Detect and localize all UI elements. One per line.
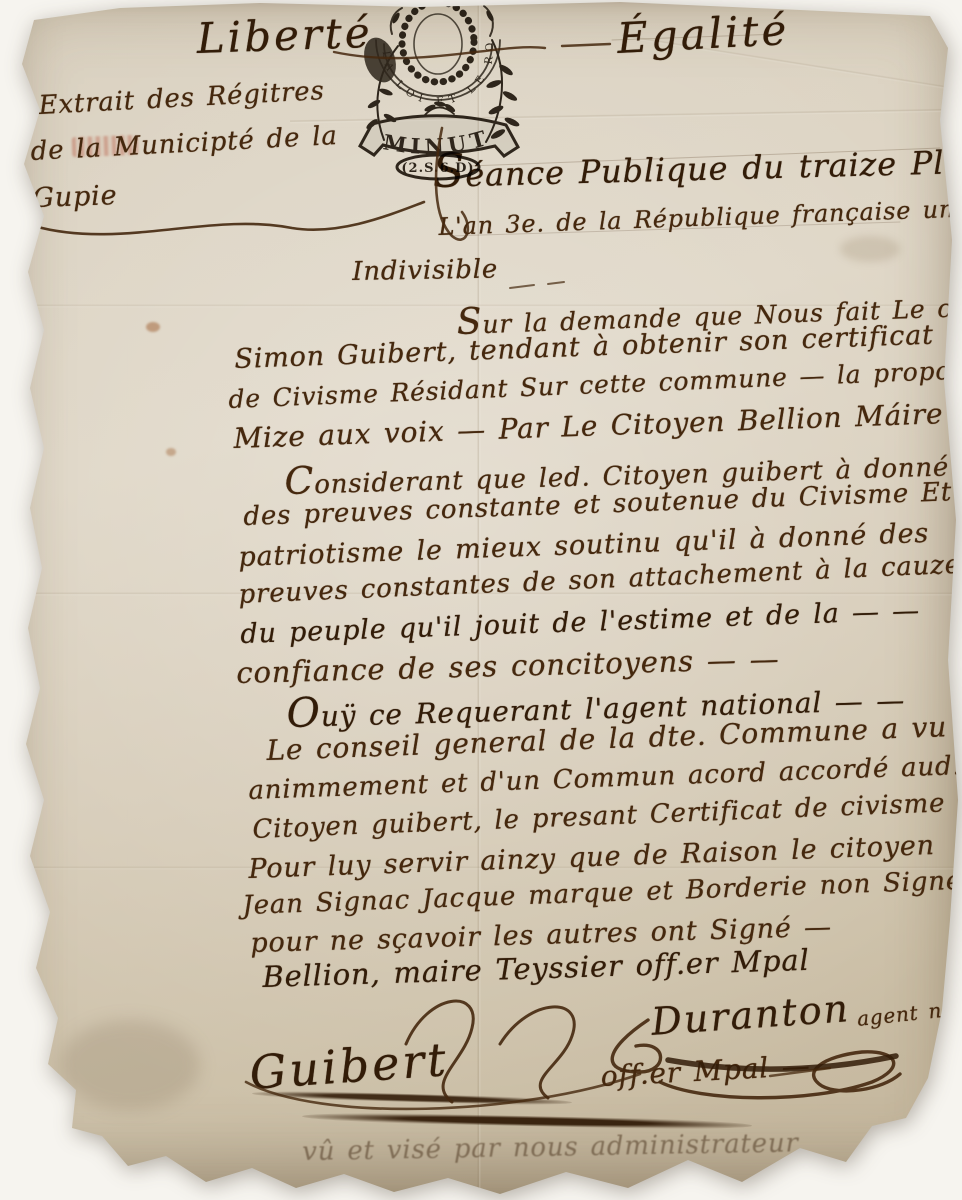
margin-note-line3: Gupie bbox=[32, 181, 118, 214]
footer-note: vû et visé par nous administrateur bbox=[302, 1129, 799, 1166]
signature-duranton-title: agent nal. bbox=[856, 996, 962, 1030]
stamp-denomination-text: (2.S.6.D) bbox=[401, 161, 474, 176]
margin-note-line1: Extrait des Régitres bbox=[38, 77, 325, 121]
smudge-stain bbox=[60, 1020, 200, 1110]
signature-officier: off.er Mpal — bbox=[600, 1051, 811, 1093]
indivisible-dashes bbox=[510, 282, 564, 288]
minute-revenue-stamp: LA LOI ET LE ROI MINUTE (2.S.6.D) bbox=[338, 0, 528, 182]
ink-stroke bbox=[252, 1090, 572, 1107]
rust-stain bbox=[166, 448, 176, 456]
header-egalite: Égalité bbox=[616, 7, 790, 62]
stamp-dotted-oval-icon bbox=[402, 2, 474, 82]
rust-stain bbox=[146, 322, 160, 332]
scan-backdrop: Liberté Égalité Extrait des Régitres de … bbox=[0, 0, 962, 1200]
signature-duranton: Duranton bbox=[650, 988, 851, 1044]
heading-an3: L'an 3e. de la République française une … bbox=[438, 193, 962, 240]
signature-guibert: Guibert bbox=[248, 1034, 450, 1098]
ink-stroke bbox=[302, 1111, 752, 1130]
margin-note-line2: de la Municipté de la bbox=[30, 122, 338, 167]
heading-indivisible: Indivisible bbox=[352, 255, 498, 286]
smudge-stain bbox=[840, 236, 900, 262]
document-paper: Liberté Égalité Extrait des Régitres de … bbox=[0, 0, 962, 1200]
